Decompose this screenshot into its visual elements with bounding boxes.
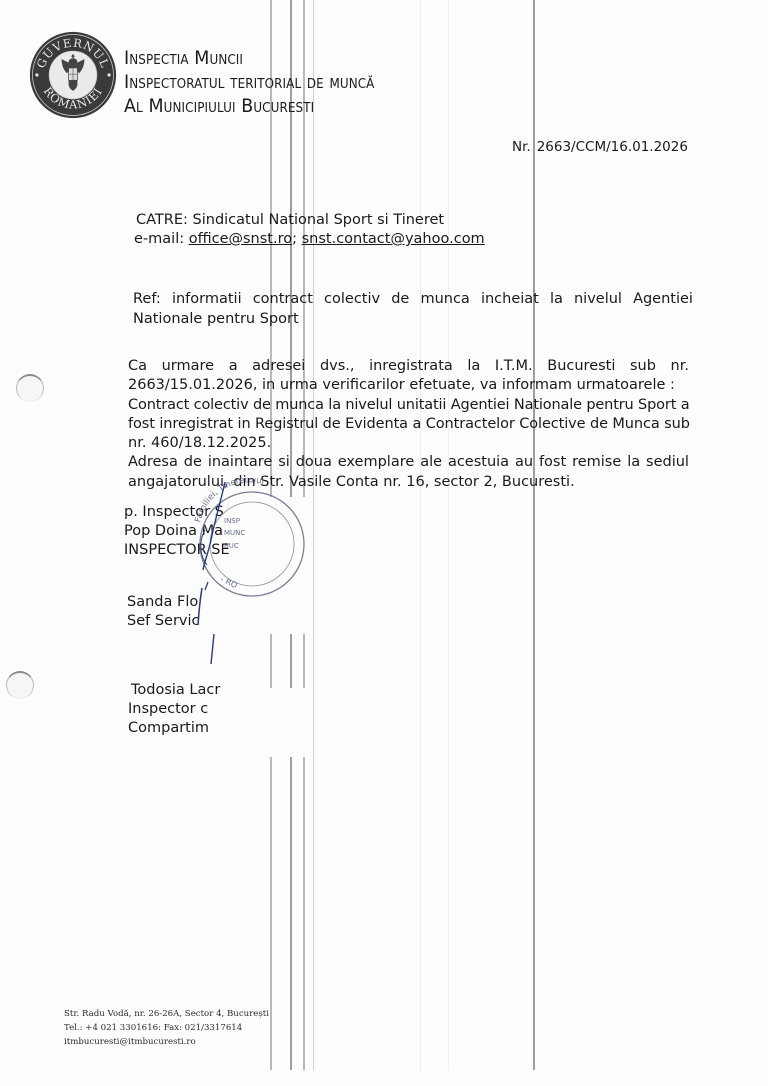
recipient-label: CATRE: xyxy=(136,212,188,228)
recipient-block: CATRE: Sindicatul National Sport si Tine… xyxy=(136,211,485,249)
institution-header: Inspectia Muncii Inspectoratul teritoria… xyxy=(124,46,374,118)
signatory-2: Sanda Flo Sef Servic xyxy=(127,593,200,631)
institution-line-2: Inspectoratul teritorial de muncă xyxy=(124,70,374,94)
scan-artifact-line xyxy=(290,634,292,688)
subject-word: Agentiei xyxy=(633,289,693,309)
signatory-2-line-2: Sef Servic xyxy=(127,612,200,631)
body-word: de xyxy=(184,453,202,472)
body-line-7: angajatorului, din Str. Vasile Conta nr.… xyxy=(128,473,689,492)
signatory-3: Todosia Lacr Inspector c Compartim xyxy=(128,681,220,738)
subject-word: incheiat xyxy=(481,289,539,309)
subject-word: contract xyxy=(253,289,313,309)
body-word: au xyxy=(515,453,533,472)
scan-artifact-line xyxy=(533,0,535,1070)
body-word: adresei xyxy=(252,357,305,376)
body-line-3: Contract colectiv de munca la nivelul un… xyxy=(128,396,689,415)
body-word: Bucuresti xyxy=(547,357,615,376)
body-word: ale xyxy=(420,453,442,472)
signatory-2-line-1: Sanda Flo xyxy=(127,593,200,612)
subject-word: de xyxy=(391,289,409,309)
body-word: remise xyxy=(572,453,621,472)
letter-body: Ca urmare a adresei dvs., inregistrata l… xyxy=(128,357,689,492)
registration-number-value: 2663/CCM/16.01.2026 xyxy=(537,139,688,155)
body-word: a xyxy=(229,357,238,376)
body-word: Adresa xyxy=(128,453,178,472)
email-link-office[interactable]: office@snst.ro xyxy=(189,231,292,247)
body-word: doua xyxy=(296,453,332,472)
footer-contact: Str. Radu Vodă, nr. 26-26A, Sector 4, Bu… xyxy=(64,1007,269,1049)
scan-artifact-line xyxy=(270,757,272,1070)
body-word: exemplare xyxy=(338,453,415,472)
subject-line-2: Nationale pentru Sport xyxy=(133,309,693,329)
body-word: inaintare xyxy=(208,453,272,472)
registration-number: Nr.2663/CCM/16.01.2026 xyxy=(512,139,688,155)
signatory-1-line-1: p. Inspector S xyxy=(124,503,230,522)
government-of-romania-seal-icon: GUVERNUL ROMÂNIEI xyxy=(29,31,117,119)
scan-artifact-line xyxy=(290,757,292,1070)
body-line-4: fost inregistrat in Registrul de Evident… xyxy=(128,415,689,434)
email-link-contact[interactable]: snst.contact@yahoo.com xyxy=(302,231,485,247)
footer-email: itmbucuresti@itmbucuresti.ro xyxy=(64,1035,269,1049)
subject-word: informatii xyxy=(172,289,242,309)
scan-artifact-line xyxy=(270,634,272,688)
body-line-2: 2663/15.01.2026, in urma verificarilor e… xyxy=(128,376,689,395)
signatory-3-line-1: Todosia Lacr xyxy=(131,681,220,700)
body-word: sediul xyxy=(646,453,689,472)
scan-artifact-line xyxy=(448,0,449,1070)
signatory-1: p. Inspector S Pop Doina Ma INSPECTOR SE xyxy=(124,503,230,560)
signatory-3-line-2: Inspector c xyxy=(128,700,220,719)
subject-reference: Ref: informatii contract colectiv de mun… xyxy=(133,289,693,329)
body-word: si xyxy=(278,453,290,472)
subject-word: Ref: xyxy=(133,289,161,309)
body-word: fost xyxy=(539,453,566,472)
scan-artifact-line xyxy=(420,0,421,1070)
body-word: nr. xyxy=(671,357,689,376)
hole-punch-mark xyxy=(6,671,34,699)
institution-line-1: Inspectia Muncii xyxy=(124,46,374,70)
body-line-5: nr. 460/18.12.2025. xyxy=(128,434,689,453)
subject-word: la xyxy=(550,289,563,309)
subject-word: nivelul xyxy=(574,289,622,309)
body-word: inregistrata xyxy=(369,357,453,376)
footer-phone-fax: Tel.: +4 021 3301616: Fax: 021/3317614 xyxy=(64,1021,269,1035)
subject-word: colectiv xyxy=(324,289,380,309)
body-word: Ca xyxy=(128,357,147,376)
body-word: urmare xyxy=(162,357,214,376)
scan-artifact-line xyxy=(303,757,305,1070)
signatory-1-line-2: Pop Doina Ma xyxy=(124,522,230,541)
email-label: e-mail: xyxy=(134,231,184,247)
subject-line-1: Ref: informatii contract colectiv de mun… xyxy=(133,289,693,309)
signatory-3-line-3: Compartim xyxy=(128,719,220,738)
body-line-6: Adresa de inaintare si doua exemplare al… xyxy=(128,453,689,472)
body-line-1: Ca urmare a adresei dvs., inregistrata l… xyxy=(128,357,689,376)
body-word: la xyxy=(627,453,640,472)
email-separator: ; xyxy=(292,231,297,247)
recipient-name: Sindicatul National Sport si Tineret xyxy=(193,212,445,228)
subject-word: munca xyxy=(420,289,469,309)
scan-artifact-line xyxy=(303,634,305,688)
signature-stroke xyxy=(208,632,218,668)
body-word: acestuia xyxy=(448,453,509,472)
signatory-1-line-3: INSPECTOR SE xyxy=(124,541,230,560)
body-word: I.T.M. xyxy=(495,357,533,376)
svg-text:- RO: - RO xyxy=(219,575,238,590)
footer-address-line: Str. Radu Vodă, nr. 26-26A, Sector 4, Bu… xyxy=(64,1007,269,1021)
body-word: la xyxy=(467,357,480,376)
hole-punch-mark xyxy=(16,374,44,402)
body-word: dvs., xyxy=(320,357,355,376)
scan-artifact-line xyxy=(313,0,314,1070)
institution-line-3: Al Municipiului Bucuresti xyxy=(124,94,374,118)
registration-number-label: Nr. xyxy=(512,139,531,155)
document-page: GUVERNUL ROMÂNIEI Inspectia Muncii Inspe… xyxy=(0,0,768,1086)
body-word: sub xyxy=(630,357,656,376)
